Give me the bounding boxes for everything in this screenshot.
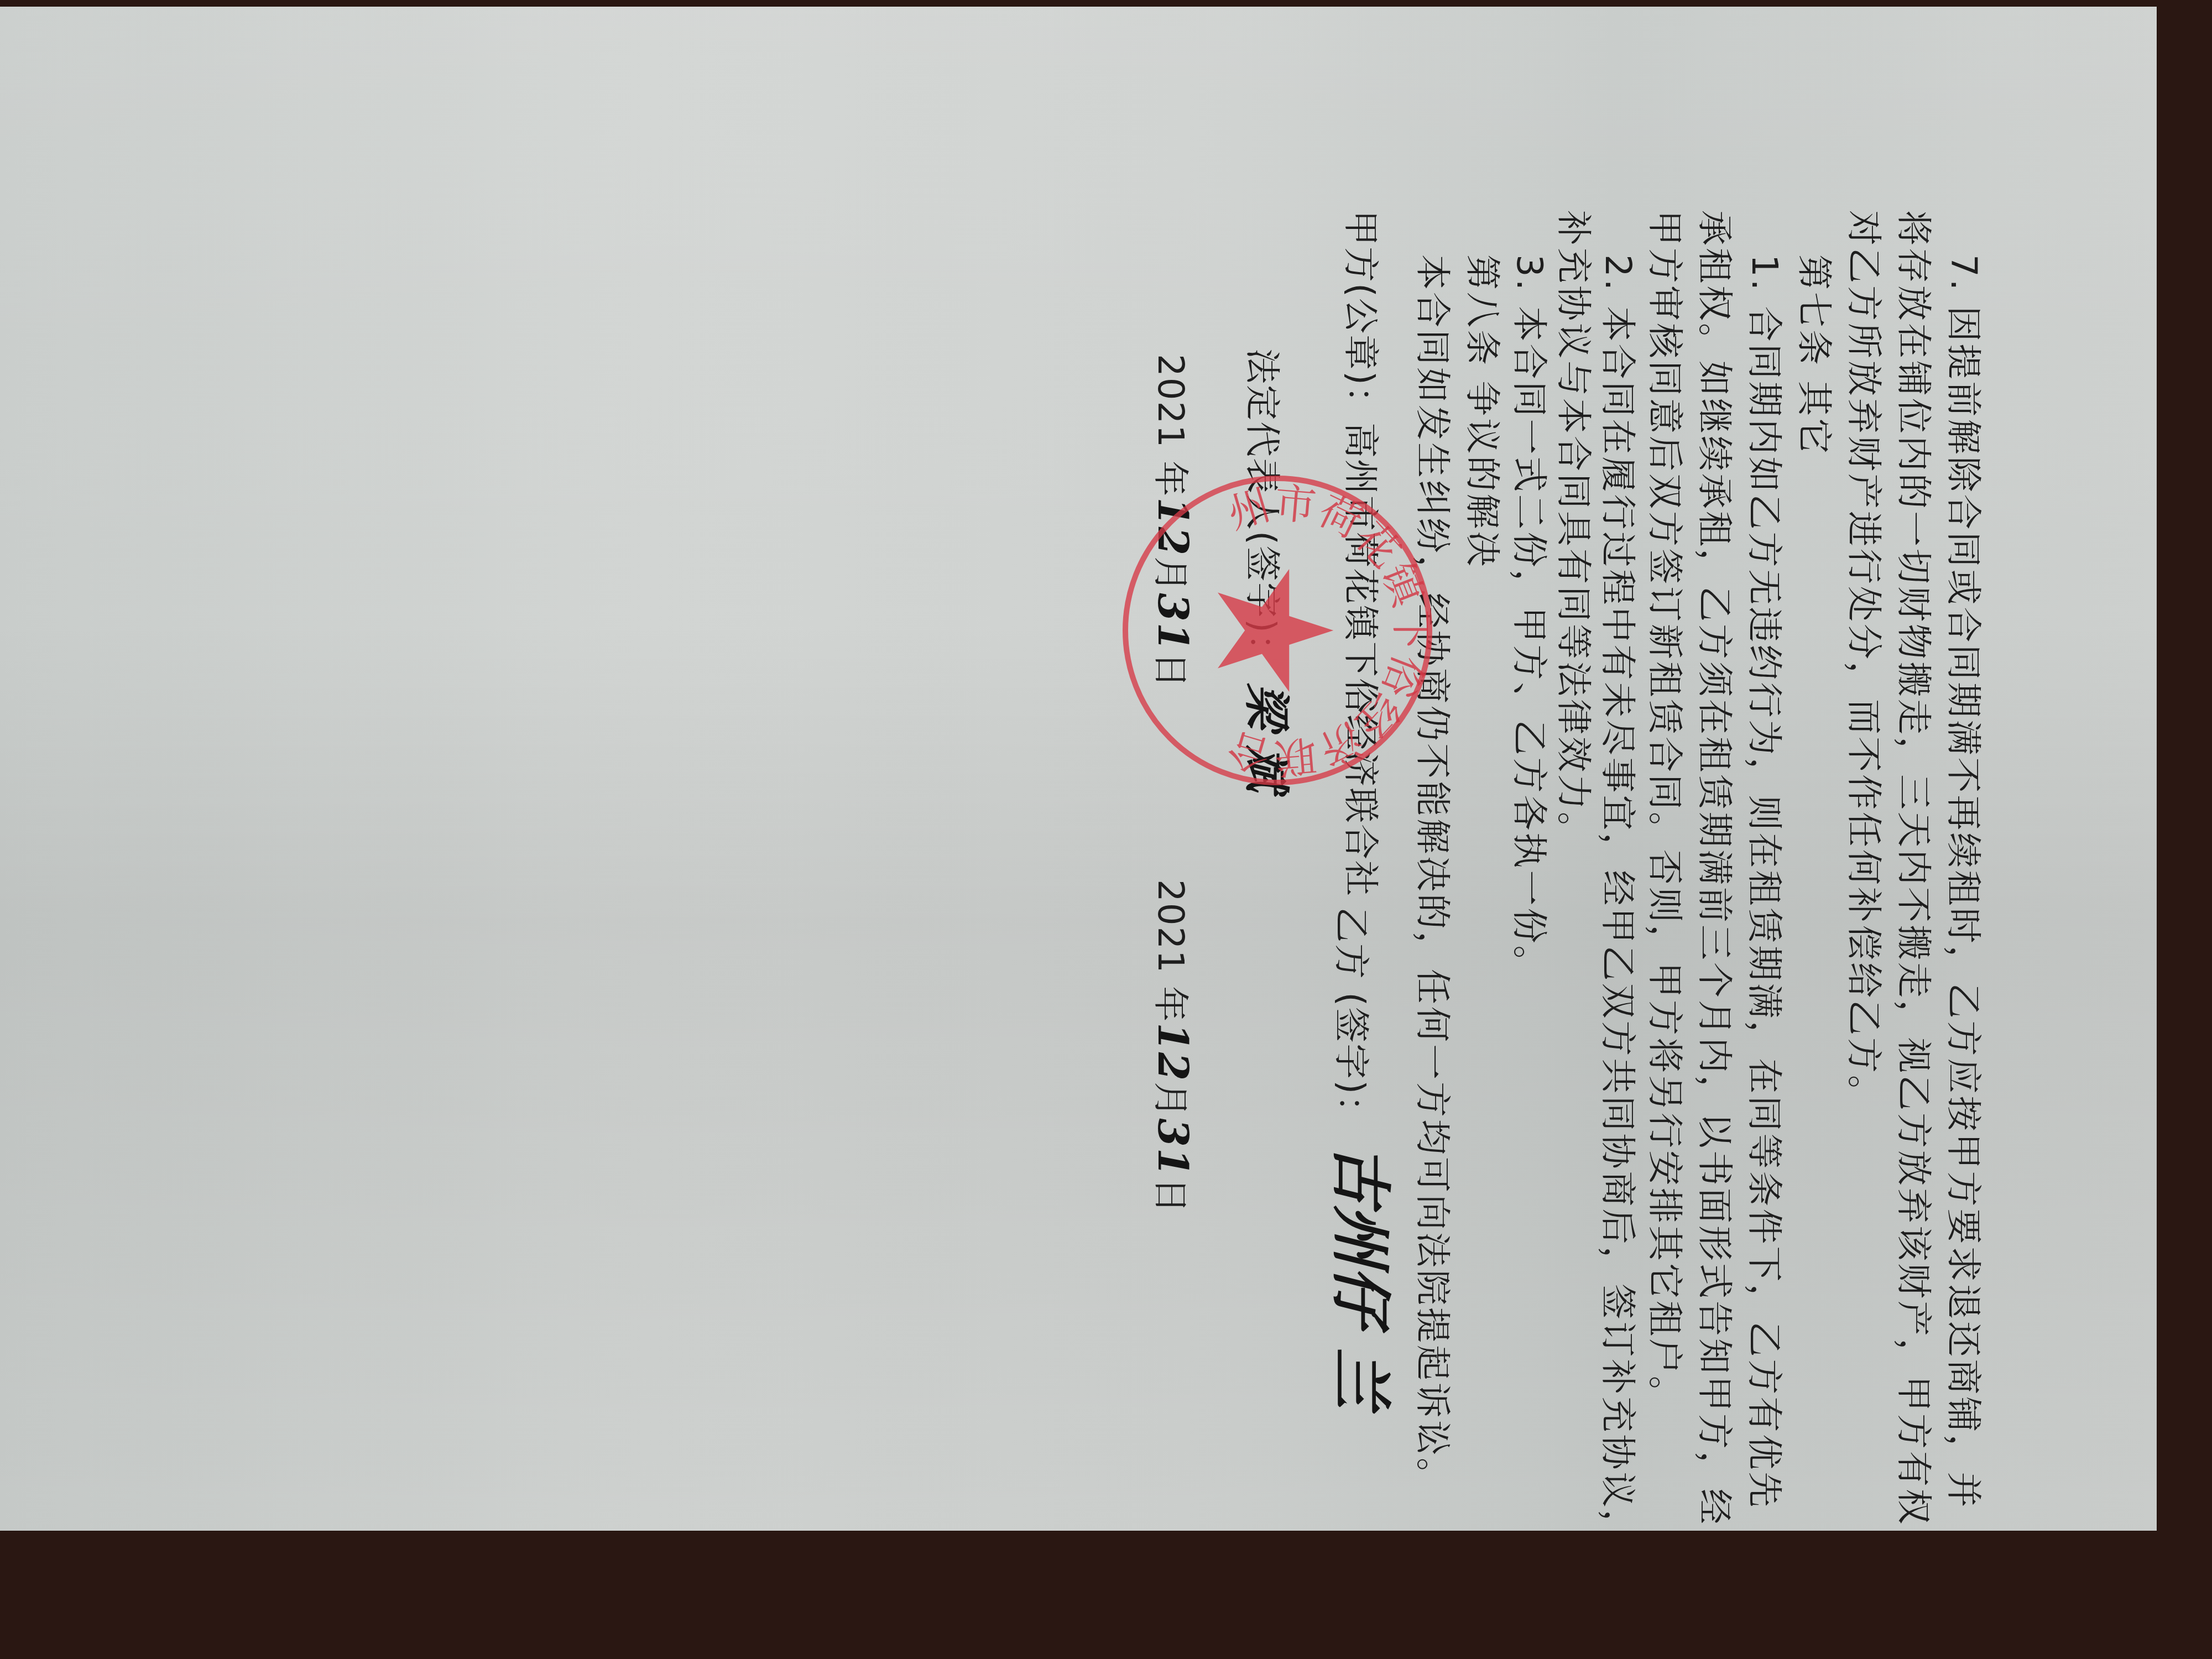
- party-b-date-day: 31: [1149, 1118, 1196, 1177]
- party-a-date-year: 2021 年: [1150, 354, 1191, 497]
- party-b-date-month: 12: [1149, 1022, 1196, 1082]
- party-a-date-day: 31: [1149, 593, 1196, 652]
- article-heading: 第七条 其它: [1792, 254, 1836, 456]
- party-a-rep-label: 法定代表人(签字)：: [1241, 348, 1282, 670]
- clause-line: 7. 因提前解除合同或合同期满不再续租时，乙方应按甲方要求退还商铺，并: [1941, 254, 1985, 1509]
- party-a-date: 2021 年12月31日: [1148, 354, 1194, 688]
- clause-line: 将存放在铺位内的一切财物搬走，三天内不搬走，视乙方放弃该财产，甲方有权: [1891, 210, 1936, 1526]
- party-b-label: 乙方 (签字)：: [1331, 907, 1371, 1131]
- party-a-name: 高州市荷花镇下俗经济联合社: [1340, 422, 1381, 897]
- clause-line: 补充协议与本合同具有同等法律效力。: [1551, 210, 1595, 849]
- clause-line: 3. 本合同一式二份，甲方、乙方各执一份。: [1507, 254, 1551, 983]
- party-a-date-month: 12: [1149, 497, 1196, 556]
- clause-line: 2. 本合同在履行过程中有未尽事宜，经甲乙双方共同协商后，签订补充协议，: [1595, 254, 1640, 1547]
- article-heading: 第八条 争议的解决: [1460, 254, 1504, 568]
- party-b-date-year: 2021 年: [1150, 879, 1191, 1022]
- party-b-date-day-suffix: 日: [1150, 1177, 1191, 1214]
- clause-line: 1. 合同期内如乙方无违约行为，则在租赁期满，在同等条件下，乙方有优先: [1742, 254, 1786, 1509]
- party-a-rep-line: 法定代表人(签字)： 梁 斌: [1240, 348, 1288, 792]
- party-a-label: 甲方(公章)：: [1340, 210, 1381, 422]
- party-a-date-month-suffix: 月: [1150, 556, 1191, 593]
- clause-line: 本合同如发生纠纷，经协商仍不能解决的，任何一方均可向法院提起诉讼。: [1410, 254, 1454, 1495]
- clause-line: 承租权。如继续承租，乙方须在租赁期满前三个月内，以书面形式告知甲方，经: [1692, 210, 1736, 1526]
- party-b-signature: 古州仔 兰: [1325, 1144, 1396, 1408]
- party-a-seal-line: 甲方(公章)：高州市荷花镇下俗经济联合社: [1338, 210, 1383, 897]
- party-a-date-day-suffix: 日: [1150, 652, 1191, 688]
- party-b-date: 2021 年12月31日: [1148, 879, 1194, 1214]
- clause-line: 对乙方所放弃财产进行处分，而不作任何补偿给乙方。: [1841, 210, 1886, 1113]
- party-b-date-month-suffix: 月: [1150, 1082, 1191, 1118]
- party-a-rep-signature: 梁 斌: [1239, 682, 1294, 791]
- party-b-sign-line: 乙方 (签字)： 古州仔 兰: [1329, 907, 1383, 1408]
- contract-page: 7. 因提前解除合同或合同期满不再续租时，乙方应按甲方要求退还商铺，并 将存放在…: [1045, 210, 1985, 1537]
- clause-line: 甲方审核同意后双方签订新租赁合同。否则，甲方将另行安排其它租户。: [1642, 210, 1687, 1413]
